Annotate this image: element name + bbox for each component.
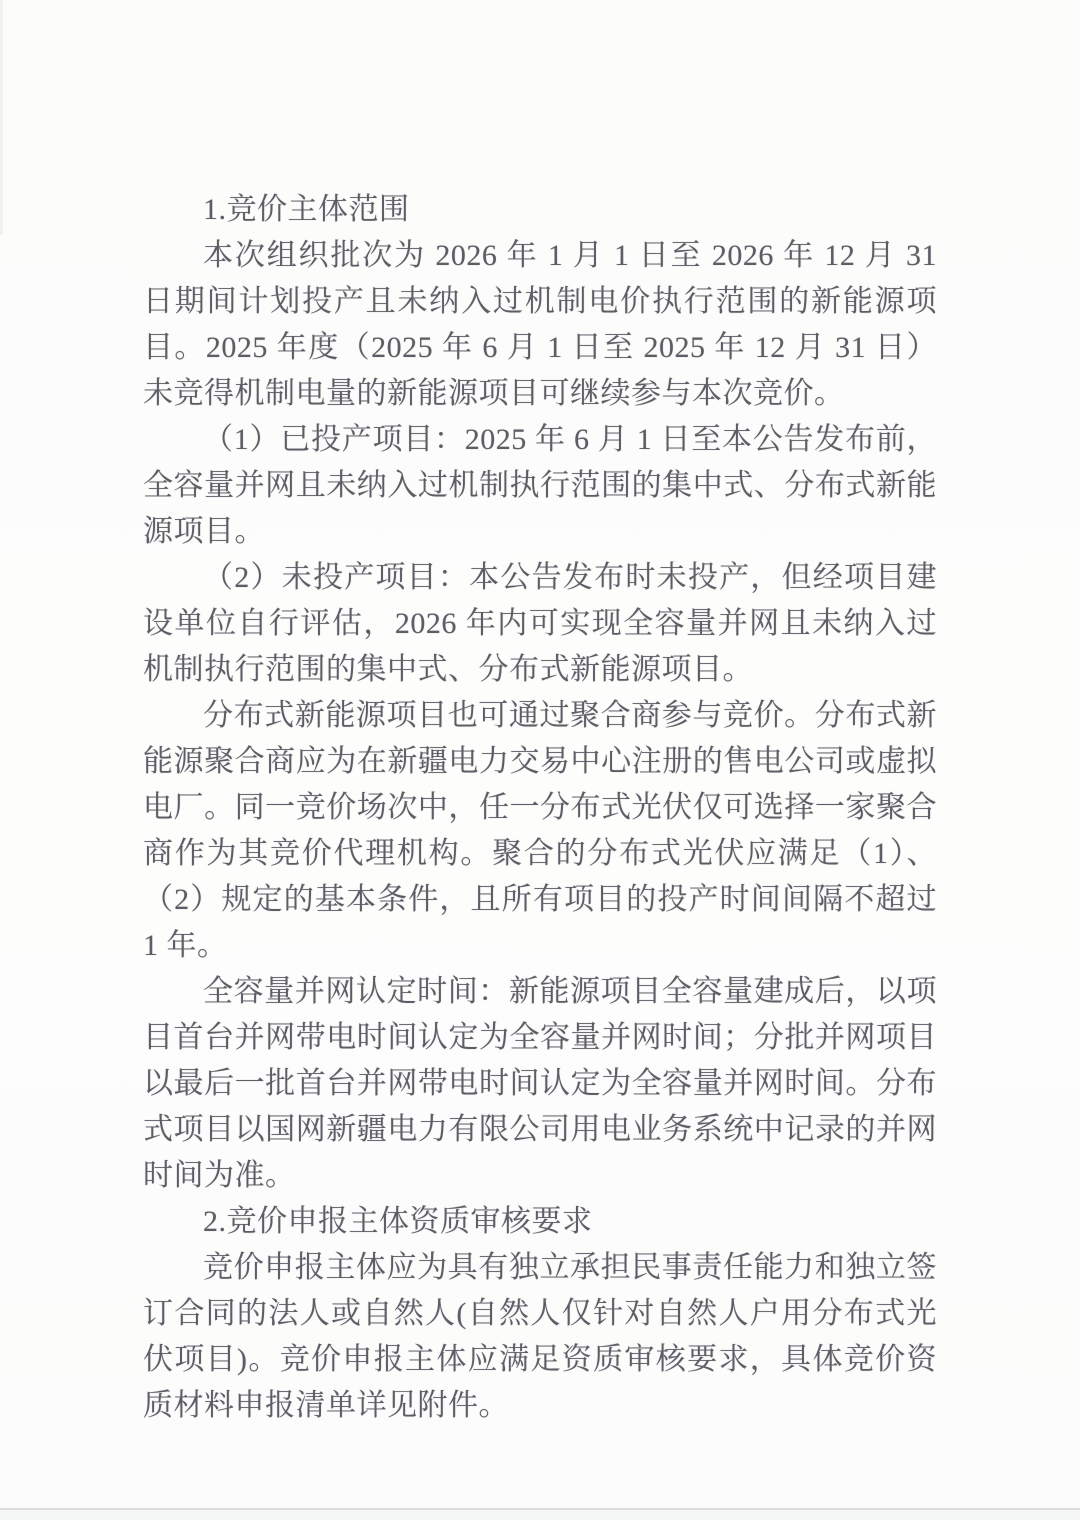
document-body: 1.竞价主体范围本次组织批次为 2026 年 1 月 1 日至 2026 年 1… <box>143 187 937 1429</box>
paragraph: 本次组织批次为 2026 年 1 月 1 日至 2026 年 12 月 31 日… <box>143 233 937 417</box>
page-left-edge-artifact <box>0 0 3 235</box>
paragraph: （2）未投产项目：本公告发布时未投产，但经项目建设单位自行评估，2026 年内可… <box>143 555 937 693</box>
paragraph: 竞价申报主体应为具有独立承担民事责任能力和独立签订合同的法人或自然人(自然人仅针… <box>143 1245 937 1429</box>
paragraph: 全容量并网认定时间：新能源项目全容量建成后，以项目首台并网带电时间认定为全容量并… <box>143 969 937 1199</box>
section-heading: 1.竞价主体范围 <box>143 187 937 233</box>
paragraph: （1）已投产项目：2025 年 6 月 1 日至本公告发布前，全容量并网且未纳入… <box>143 417 937 555</box>
paragraph: 分布式新能源项目也可通过聚合商参与竞价。分布式新能源聚合商应为在新疆电力交易中心… <box>143 693 937 969</box>
page-bottom-edge-strip <box>0 1510 1080 1520</box>
section-heading: 2.竞价申报主体资质审核要求 <box>143 1199 937 1245</box>
scanned-page: 1.竞价主体范围本次组织批次为 2026 年 1 月 1 日至 2026 年 1… <box>0 0 1080 1520</box>
